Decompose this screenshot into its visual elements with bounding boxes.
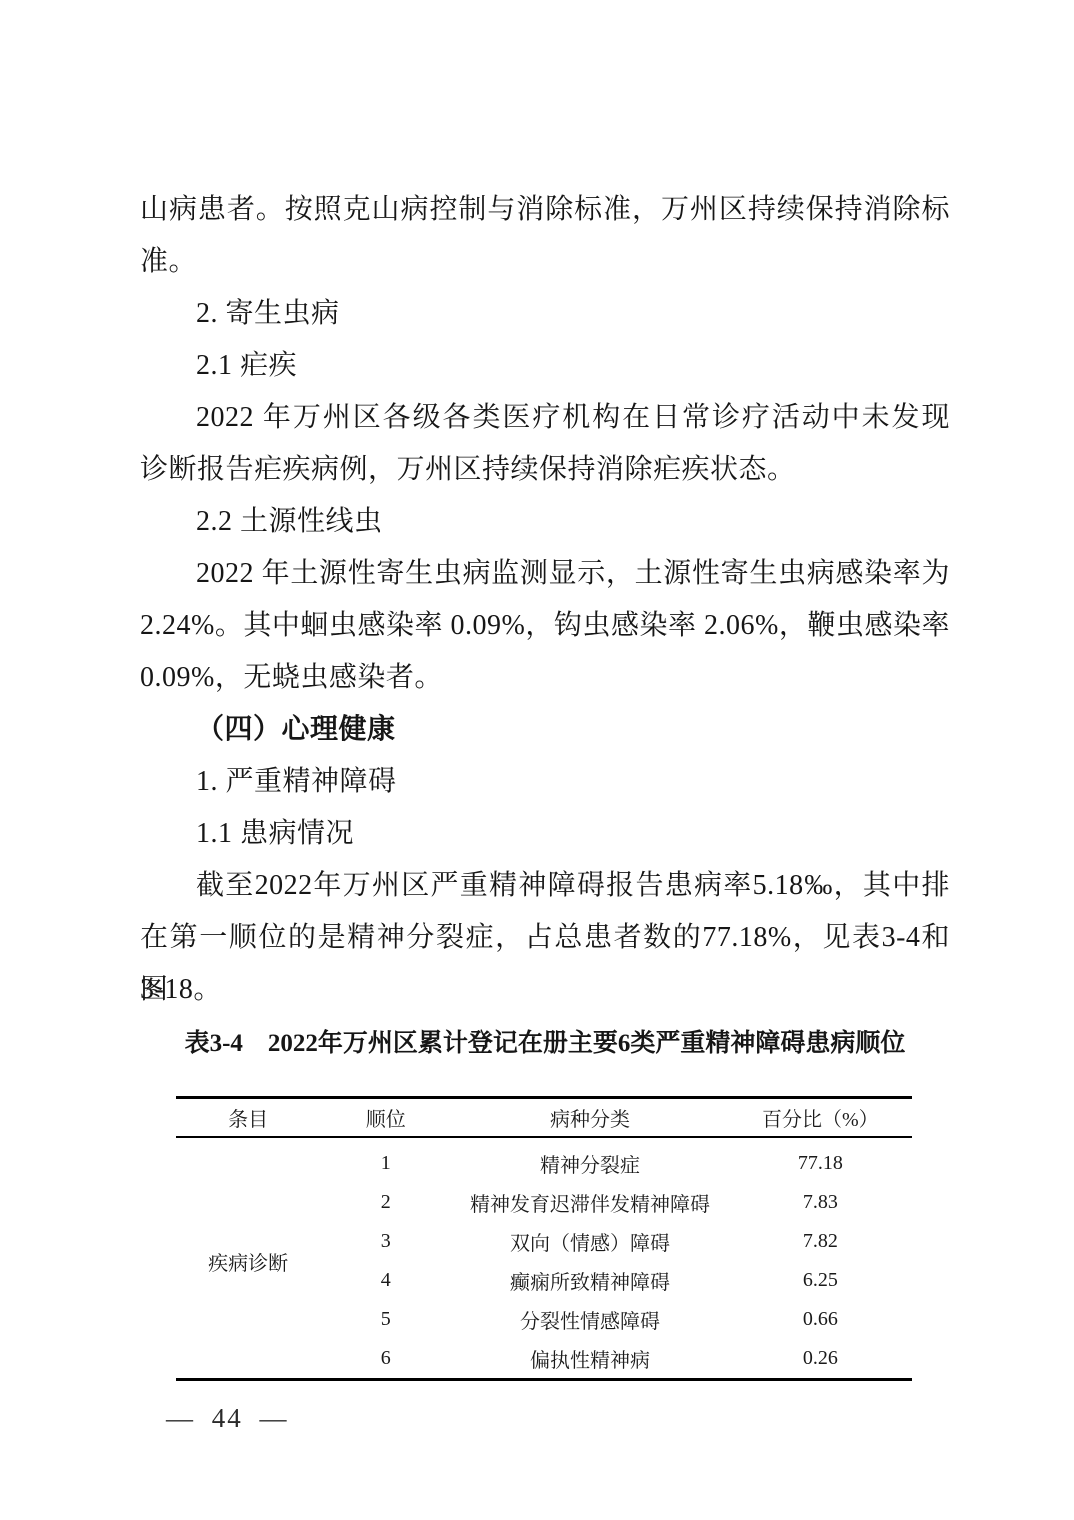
body-line: 在第一顺位的是精神分裂症，占总患者数的77.18%，见表3-4和图 xyxy=(140,912,950,964)
body-line: 诊断报告疟疾病例，万州区持续保持消除疟疾状态。 xyxy=(140,444,950,496)
rank-cell: 4 xyxy=(320,1261,451,1300)
body-line: 3-18。 xyxy=(140,964,950,1016)
page-number: — 44 — xyxy=(166,1396,289,1440)
table-header-cell: 顺位 xyxy=(320,1098,451,1138)
heading-2-1-malaria: 2.1 疟疾 xyxy=(140,340,950,392)
heading-1-severe-mental-disorder: 1. 严重精神障碍 xyxy=(140,756,950,808)
body-text: 山病患者。按照克山病控制与消除标准，万州区持续保持消除标 准。 2. 寄生虫病 … xyxy=(140,184,950,1381)
table-title: 表3-4 2022年万州区累计登记在册主要6类严重精神障碍患病顺位 xyxy=(140,1018,950,1070)
table-header-cell: 百分比（%） xyxy=(729,1098,912,1138)
table-row: 疾病诊断 1 精神分裂症 77.18 xyxy=(176,1137,912,1183)
heading-2-2-soil-nematode: 2.2 土源性线虫 xyxy=(140,496,950,548)
category-cell: 疾病诊断 xyxy=(176,1137,320,1380)
percent-cell: 6.25 xyxy=(729,1261,912,1300)
disease-cell: 偏执性精神病 xyxy=(451,1339,728,1380)
rank-cell: 2 xyxy=(320,1183,451,1222)
percent-cell: 77.18 xyxy=(729,1137,912,1183)
disease-cell: 双向（情感）障碍 xyxy=(451,1222,728,1261)
rank-cell: 5 xyxy=(320,1300,451,1339)
percent-cell: 7.82 xyxy=(729,1222,912,1261)
rank-cell: 6 xyxy=(320,1339,451,1380)
percent-cell: 0.26 xyxy=(729,1339,912,1380)
body-line: 0.09%，无蛲虫感染者。 xyxy=(140,652,950,704)
body-line: 2022 年万州区各级各类医疗机构在日常诊疗活动中未发现 xyxy=(140,392,950,444)
table-header-cell: 病种分类 xyxy=(451,1098,728,1138)
body-line: 2022 年土源性寄生虫病监测显示，土源性寄生虫病感染率为 xyxy=(140,548,950,600)
percent-cell: 7.83 xyxy=(729,1183,912,1222)
rank-cell: 3 xyxy=(320,1222,451,1261)
percent-cell: 0.66 xyxy=(729,1300,912,1339)
heading-1-1-prevalence: 1.1 患病情况 xyxy=(140,808,950,860)
disease-cell: 分裂性情感障碍 xyxy=(451,1300,728,1339)
disease-cell: 精神分裂症 xyxy=(451,1137,728,1183)
table-3-4: 条目 顺位 病种分类 百分比（%） 疾病诊断 1 精神分裂症 77.18 2 精… xyxy=(176,1096,912,1381)
body-line: 截至2022年万州区严重精神障碍报告患病率5.18‰，其中排 xyxy=(140,860,950,912)
body-line: 山病患者。按照克山病控制与消除标准，万州区持续保持消除标 xyxy=(140,184,950,236)
disease-cell: 癫痫所致精神障碍 xyxy=(451,1261,728,1300)
body-line: 2.24%。其中蛔虫感染率 0.09%，钩虫感染率 2.06%，鞭虫感染率 xyxy=(140,600,950,652)
disease-cell: 精神发育迟滞伴发精神障碍 xyxy=(451,1183,728,1222)
heading-4-mental-health: （四）心理健康 xyxy=(140,704,950,756)
table-header-cell: 条目 xyxy=(176,1098,320,1138)
heading-2-parasitic-diseases: 2. 寄生虫病 xyxy=(140,288,950,340)
document-page: 山病患者。按照克山病控制与消除标准，万州区持续保持消除标 准。 2. 寄生虫病 … xyxy=(0,0,1074,1520)
body-line: 准。 xyxy=(140,236,950,288)
rank-cell: 1 xyxy=(320,1137,451,1183)
table-header-row: 条目 顺位 病种分类 百分比（%） xyxy=(176,1098,912,1138)
